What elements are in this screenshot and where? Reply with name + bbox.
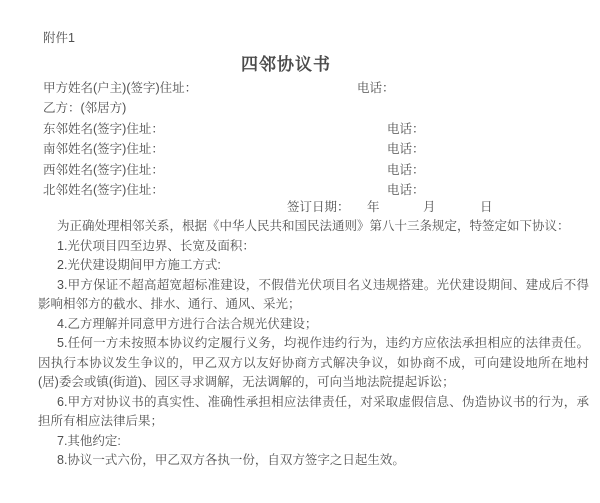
party-a-phone-label: 电话： [357,81,395,96]
north-neighbor-phone-label: 电话： [387,183,425,198]
south-neighbor-phone-label: 电话： [387,142,425,157]
party-b-label: 乙方：(邻居方) [43,101,126,116]
agreement-document-page: 附件1 四邻协议书 甲方姓名(户主)(签字)住址： 电话： 乙方：(邻居方) 东… [0,0,600,503]
clause-1: 1.光伏项目四至边界、长宽及面积： [38,237,589,257]
south-neighbor-label: 南邻姓名(签字)住址： [43,142,164,157]
east-neighbor-phone-label: 电话： [387,122,425,137]
clause-7: 7.其他约定: [38,432,589,452]
agreement-body: 为正确处理相邻关系，根据《中华人民共和国民法通则》第八十三条规定，特签定如下协议… [38,217,589,471]
clause-4: 4.乙方理解并同意甲方进行合法合规光伏建设； [38,315,589,335]
clause-3: 3.甲方保证不超高超宽超标准建设，不假借光伏项目名义违规搭建。光伏建设期间、建成… [38,276,589,315]
west-neighbor-label: 西邻姓名(签字)住址： [43,163,164,178]
attachment-label: 附件1 [43,31,75,46]
clause-2: 2.光伏建设期间甲方施工方式: [38,256,589,276]
sign-date-day-label: 日 [480,200,493,215]
document-title: 四邻协议书 [0,50,572,75]
sign-date-year-label: 年 [367,200,380,215]
sign-date-month-label: 月 [423,200,436,215]
east-neighbor-label: 东邻姓名(签字)住址： [43,122,164,137]
north-neighbor-label: 北邻姓名(签字)住址： [43,183,164,198]
sign-date-label: 签订日期： [287,200,350,215]
clause-5: 5.任何一方未按照本协议约定履行义务，均视作违约行为，违约方应依法承担相应的法律… [38,334,589,393]
clause-8: 8.协议一式六份，甲乙双方各执一份，自双方签字之日起生效。 [38,451,589,471]
preamble-paragraph: 为正确处理相邻关系，根据《中华人民共和国民法通则》第八十三条规定，特签定如下协议… [38,217,589,237]
party-a-label: 甲方姓名(户主)(签字)住址： [43,81,197,96]
clause-6: 6.甲方对协议书的真实性、准确性承担相应法律责任，对采取虚假信息、伪造协议书的行… [38,393,589,432]
west-neighbor-phone-label: 电话： [387,163,425,178]
